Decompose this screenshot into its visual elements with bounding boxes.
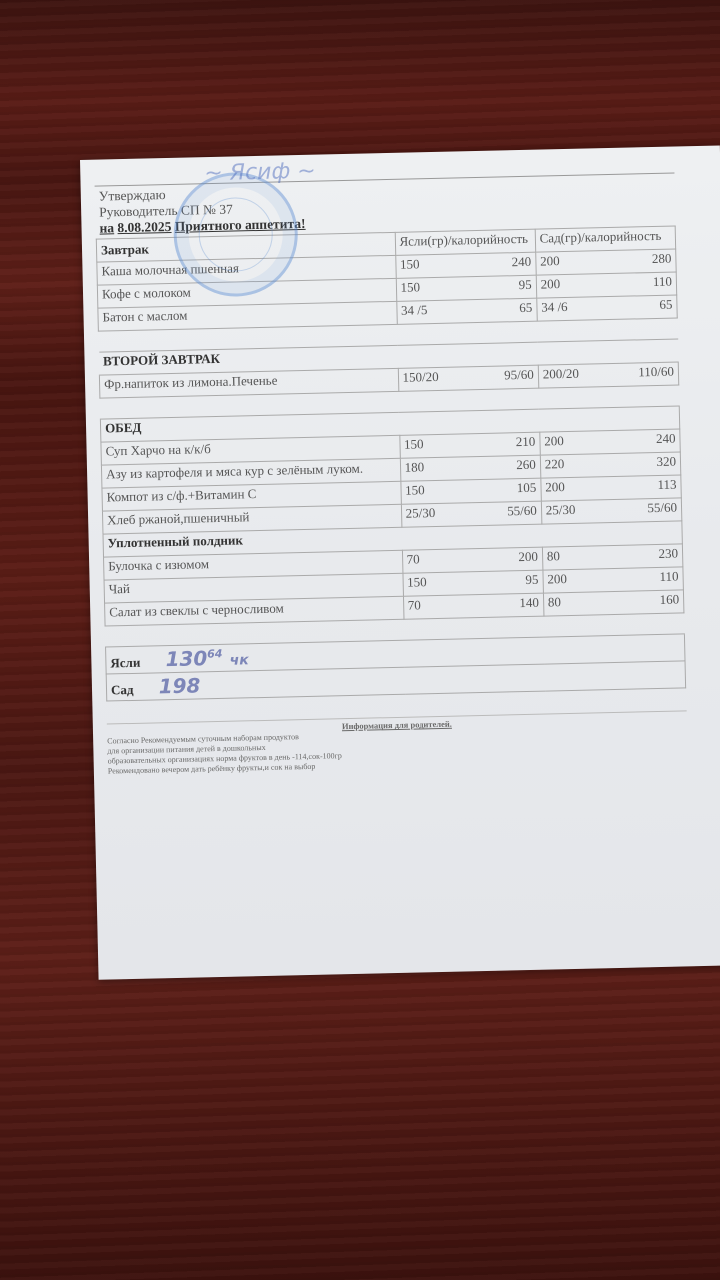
nursery-grams: 150: [400, 279, 420, 295]
nursery-grams: 150/20: [402, 369, 438, 386]
menu-sheet: ~ Ясиф ~ Утверждаю Руководитель СП № 37 …: [80, 145, 720, 979]
nursery-calories: 105: [517, 480, 537, 496]
nursery-cell: 70140: [403, 593, 544, 619]
menu-date: 8.08.2025: [117, 219, 171, 235]
nursery-cell: 180260: [400, 455, 541, 481]
nursery-calories: 95: [525, 572, 538, 588]
kindergarten-grams: 220: [545, 456, 565, 472]
kindergarten-cell: 220320: [540, 452, 681, 478]
kindergarten-cell: 34 /665: [537, 295, 678, 321]
kindergarten-grams: 34 /6: [541, 299, 568, 316]
nursery-calories: 140: [519, 595, 539, 611]
nursery-calories: 95: [519, 277, 532, 293]
nursery-cell: 15095: [396, 275, 537, 301]
nursery-cell: 150240: [395, 252, 536, 278]
kindergarten-grams: 200: [545, 479, 565, 495]
kindergarten-grams: 200/20: [543, 366, 579, 383]
kindergarten-calories: 110/60: [638, 364, 674, 381]
kindergarten-grams: 200: [544, 433, 564, 449]
parents-info: Информация для родителей. Согласно Реком…: [107, 710, 688, 776]
kindergarten-calories: 110: [659, 569, 678, 585]
kindergarten-cell: 200110: [543, 567, 684, 593]
nursery-calories: 240: [512, 254, 532, 270]
kindergarten-calories: 230: [658, 546, 678, 562]
kindergarten-calories: 320: [656, 454, 676, 470]
kindergarten-grams: 200: [547, 571, 567, 587]
menu-table: Завтрак Ясли(гр)/калорийность Сад(гр)/ка…: [96, 226, 686, 702]
kindergarten-cell: 80160: [543, 590, 684, 616]
date-prefix: на: [99, 220, 114, 235]
lunch-section: Суп Харчо на к/к/б150210200240Азу из кар…: [101, 429, 682, 534]
snack-section: Булочка с изюмом7020080230Чай15095200110…: [104, 544, 684, 626]
nursery-cell: 25/3055/60: [401, 501, 542, 527]
kindergarten-calories: 240: [656, 431, 676, 447]
header-kindergarten: Сад(гр)/калорийность: [535, 226, 676, 252]
nursery-grams: 70: [407, 551, 420, 567]
nursery-cell: 34 /565: [396, 298, 537, 324]
kindergarten-calories: 65: [659, 297, 672, 313]
nursery-grams: 150: [405, 482, 425, 498]
nursery-grams: 150: [400, 256, 420, 272]
nursery-cell: 15095: [403, 570, 544, 596]
nursery-grams: 180: [404, 459, 424, 475]
nursery-calories: 210: [516, 434, 536, 450]
nursery-calories: 65: [519, 300, 532, 316]
kindergarten-cell: 200280: [535, 249, 676, 275]
nursery-grams: 150: [404, 436, 424, 452]
kindergarten-calories: 280: [652, 251, 672, 267]
nursery-cell: 150/2095/60: [398, 365, 539, 391]
kindergarten-cell: 200/20110/60: [538, 362, 679, 388]
kindergarten-cell: 80230: [542, 544, 683, 570]
header-nursery: Ясли(гр)/калорийность: [395, 229, 536, 255]
nursery-grams: 150: [407, 574, 427, 590]
kindergarten-grams: 80: [548, 594, 561, 610]
signature-icon: ~ Ясиф ~: [204, 159, 316, 187]
kindergarten-calories: 55/60: [647, 500, 677, 517]
handwritten-total: 13064 чк: [165, 645, 249, 671]
nursery-cell: 150105: [400, 478, 541, 504]
kindergarten-calories: 160: [659, 592, 679, 608]
totals-label: Сад: [111, 682, 134, 698]
kindergarten-cell: 200113: [541, 475, 682, 501]
menu-document: ~ Ясиф ~ Утверждаю Руководитель СП № 37 …: [95, 173, 688, 777]
kindergarten-grams: 80: [547, 548, 560, 564]
handwritten-total: 198: [158, 673, 200, 698]
nursery-grams: 34 /5: [401, 302, 428, 319]
kindergarten-cell: 200110: [536, 272, 677, 298]
kindergarten-grams: 200: [540, 253, 560, 269]
totals-label: Ясли: [110, 655, 140, 671]
kindergarten-cell: 25/3055/60: [541, 498, 682, 524]
nursery-cell: 150210: [399, 432, 540, 458]
nursery-cell: 70200: [402, 547, 543, 573]
kindergarten-cell: 200240: [540, 429, 681, 455]
kindergarten-grams: 25/30: [546, 502, 576, 519]
nursery-grams: 70: [408, 597, 421, 613]
kindergarten-calories: 110: [653, 274, 672, 290]
kindergarten-calories: 113: [657, 477, 676, 493]
nursery-calories: 260: [516, 457, 536, 473]
nursery-calories: 95/60: [504, 367, 534, 384]
nursery-calories: 55/60: [507, 503, 537, 520]
kindergarten-grams: 200: [541, 276, 561, 292]
nursery-grams: 25/30: [405, 505, 435, 522]
nursery-calories: 200: [518, 549, 538, 565]
